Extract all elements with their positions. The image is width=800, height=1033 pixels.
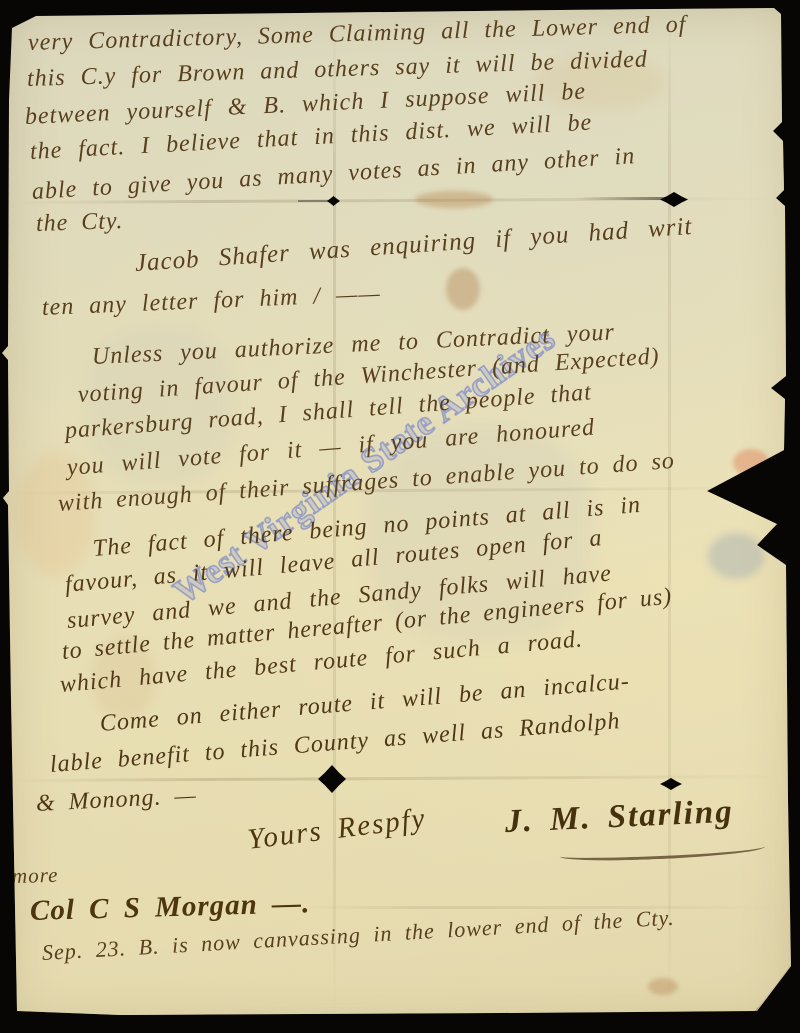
closing-line: Yours Respfy — [246, 802, 428, 857]
letter-line: & Monong. — — [35, 783, 197, 818]
letter-line: the Cty. — [36, 208, 124, 238]
paper-hole — [318, 765, 346, 793]
stain — [415, 191, 493, 208]
scan-background: West Virginia State Archives very Contra… — [0, 0, 800, 1033]
signature: J. M. Starling — [504, 794, 734, 841]
signature-flourish — [560, 842, 765, 862]
letter-line: Jacob Shafer was enquiring if you had wr… — [134, 213, 693, 278]
paper-hole — [327, 196, 340, 206]
addressee-line: Col C S Morgan —. — [30, 887, 311, 928]
fold-crease — [300, 906, 780, 909]
stain — [708, 533, 764, 579]
stain — [446, 268, 480, 310]
continuation-note: more — [12, 863, 59, 889]
letter-line: ten any letter for him / —— — [41, 281, 381, 322]
fold-crease — [575, 197, 670, 200]
letter-paper: West Virginia State Archives very Contra… — [0, 0, 800, 1033]
stain — [648, 978, 678, 995]
folded-corner — [755, 964, 791, 1011]
paper-hole — [660, 192, 688, 207]
stain — [733, 449, 769, 476]
paper-hole — [660, 778, 682, 790]
fold-crease — [298, 200, 330, 202]
